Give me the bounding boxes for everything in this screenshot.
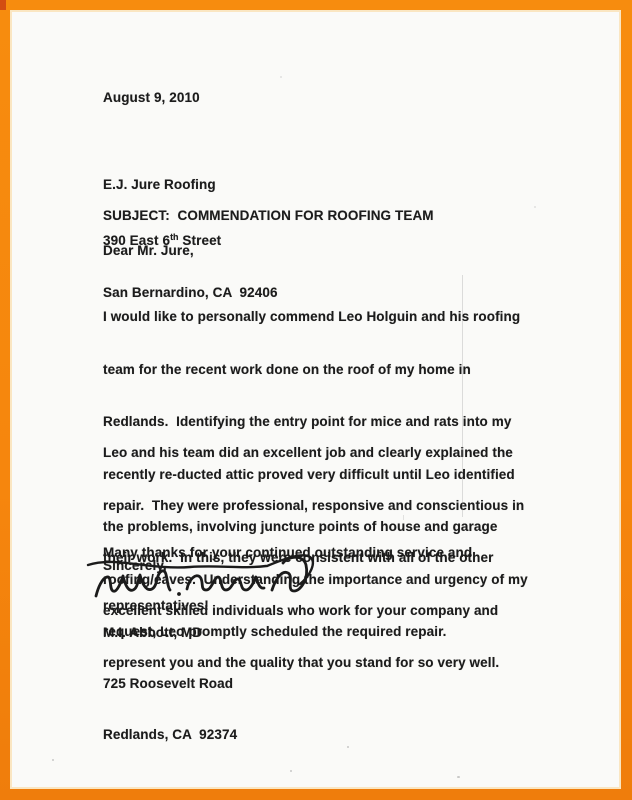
- letter-date: August 9, 2010: [103, 89, 200, 107]
- subject-line: SUBJECT: COMMENDATION FOR ROOFING TEAM: [103, 207, 434, 225]
- scan-speck: [52, 759, 54, 761]
- scan-artifact-line: [462, 275, 463, 517]
- scan-corner-artifact: [0, 0, 6, 10]
- recipient-name: E.J. Jure Roofing: [103, 176, 278, 194]
- scan-speck: [403, 515, 404, 520]
- valediction: Sincerely,: [103, 557, 167, 575]
- signer-street: 725 Roosevelt Road: [103, 675, 237, 692]
- paragraph-line: I would like to personally commend Leo H…: [103, 308, 528, 326]
- street-ordinal: th: [170, 232, 179, 242]
- scan-speck: [457, 776, 460, 778]
- signer-block: M.I. Abbott, MD 725 Roosevelt Road Redla…: [103, 590, 237, 777]
- signer-name: M.I. Abbott, MD: [103, 624, 237, 641]
- scan-speck: [280, 76, 282, 78]
- scan-speck: [347, 746, 349, 748]
- scanned-letter-page: August 9, 2010 E.J. Jure Roofing 390 Eas…: [0, 0, 632, 800]
- scan-speck: [534, 206, 536, 208]
- paragraph-line: team for the recent work done on the roo…: [103, 361, 528, 379]
- signer-city: Redlands, CA 92374: [103, 726, 237, 743]
- scan-speck: [290, 770, 292, 772]
- salutation: Dear Mr. Jure,: [103, 242, 194, 260]
- letter-paper: August 9, 2010 E.J. Jure Roofing 390 Eas…: [10, 10, 621, 789]
